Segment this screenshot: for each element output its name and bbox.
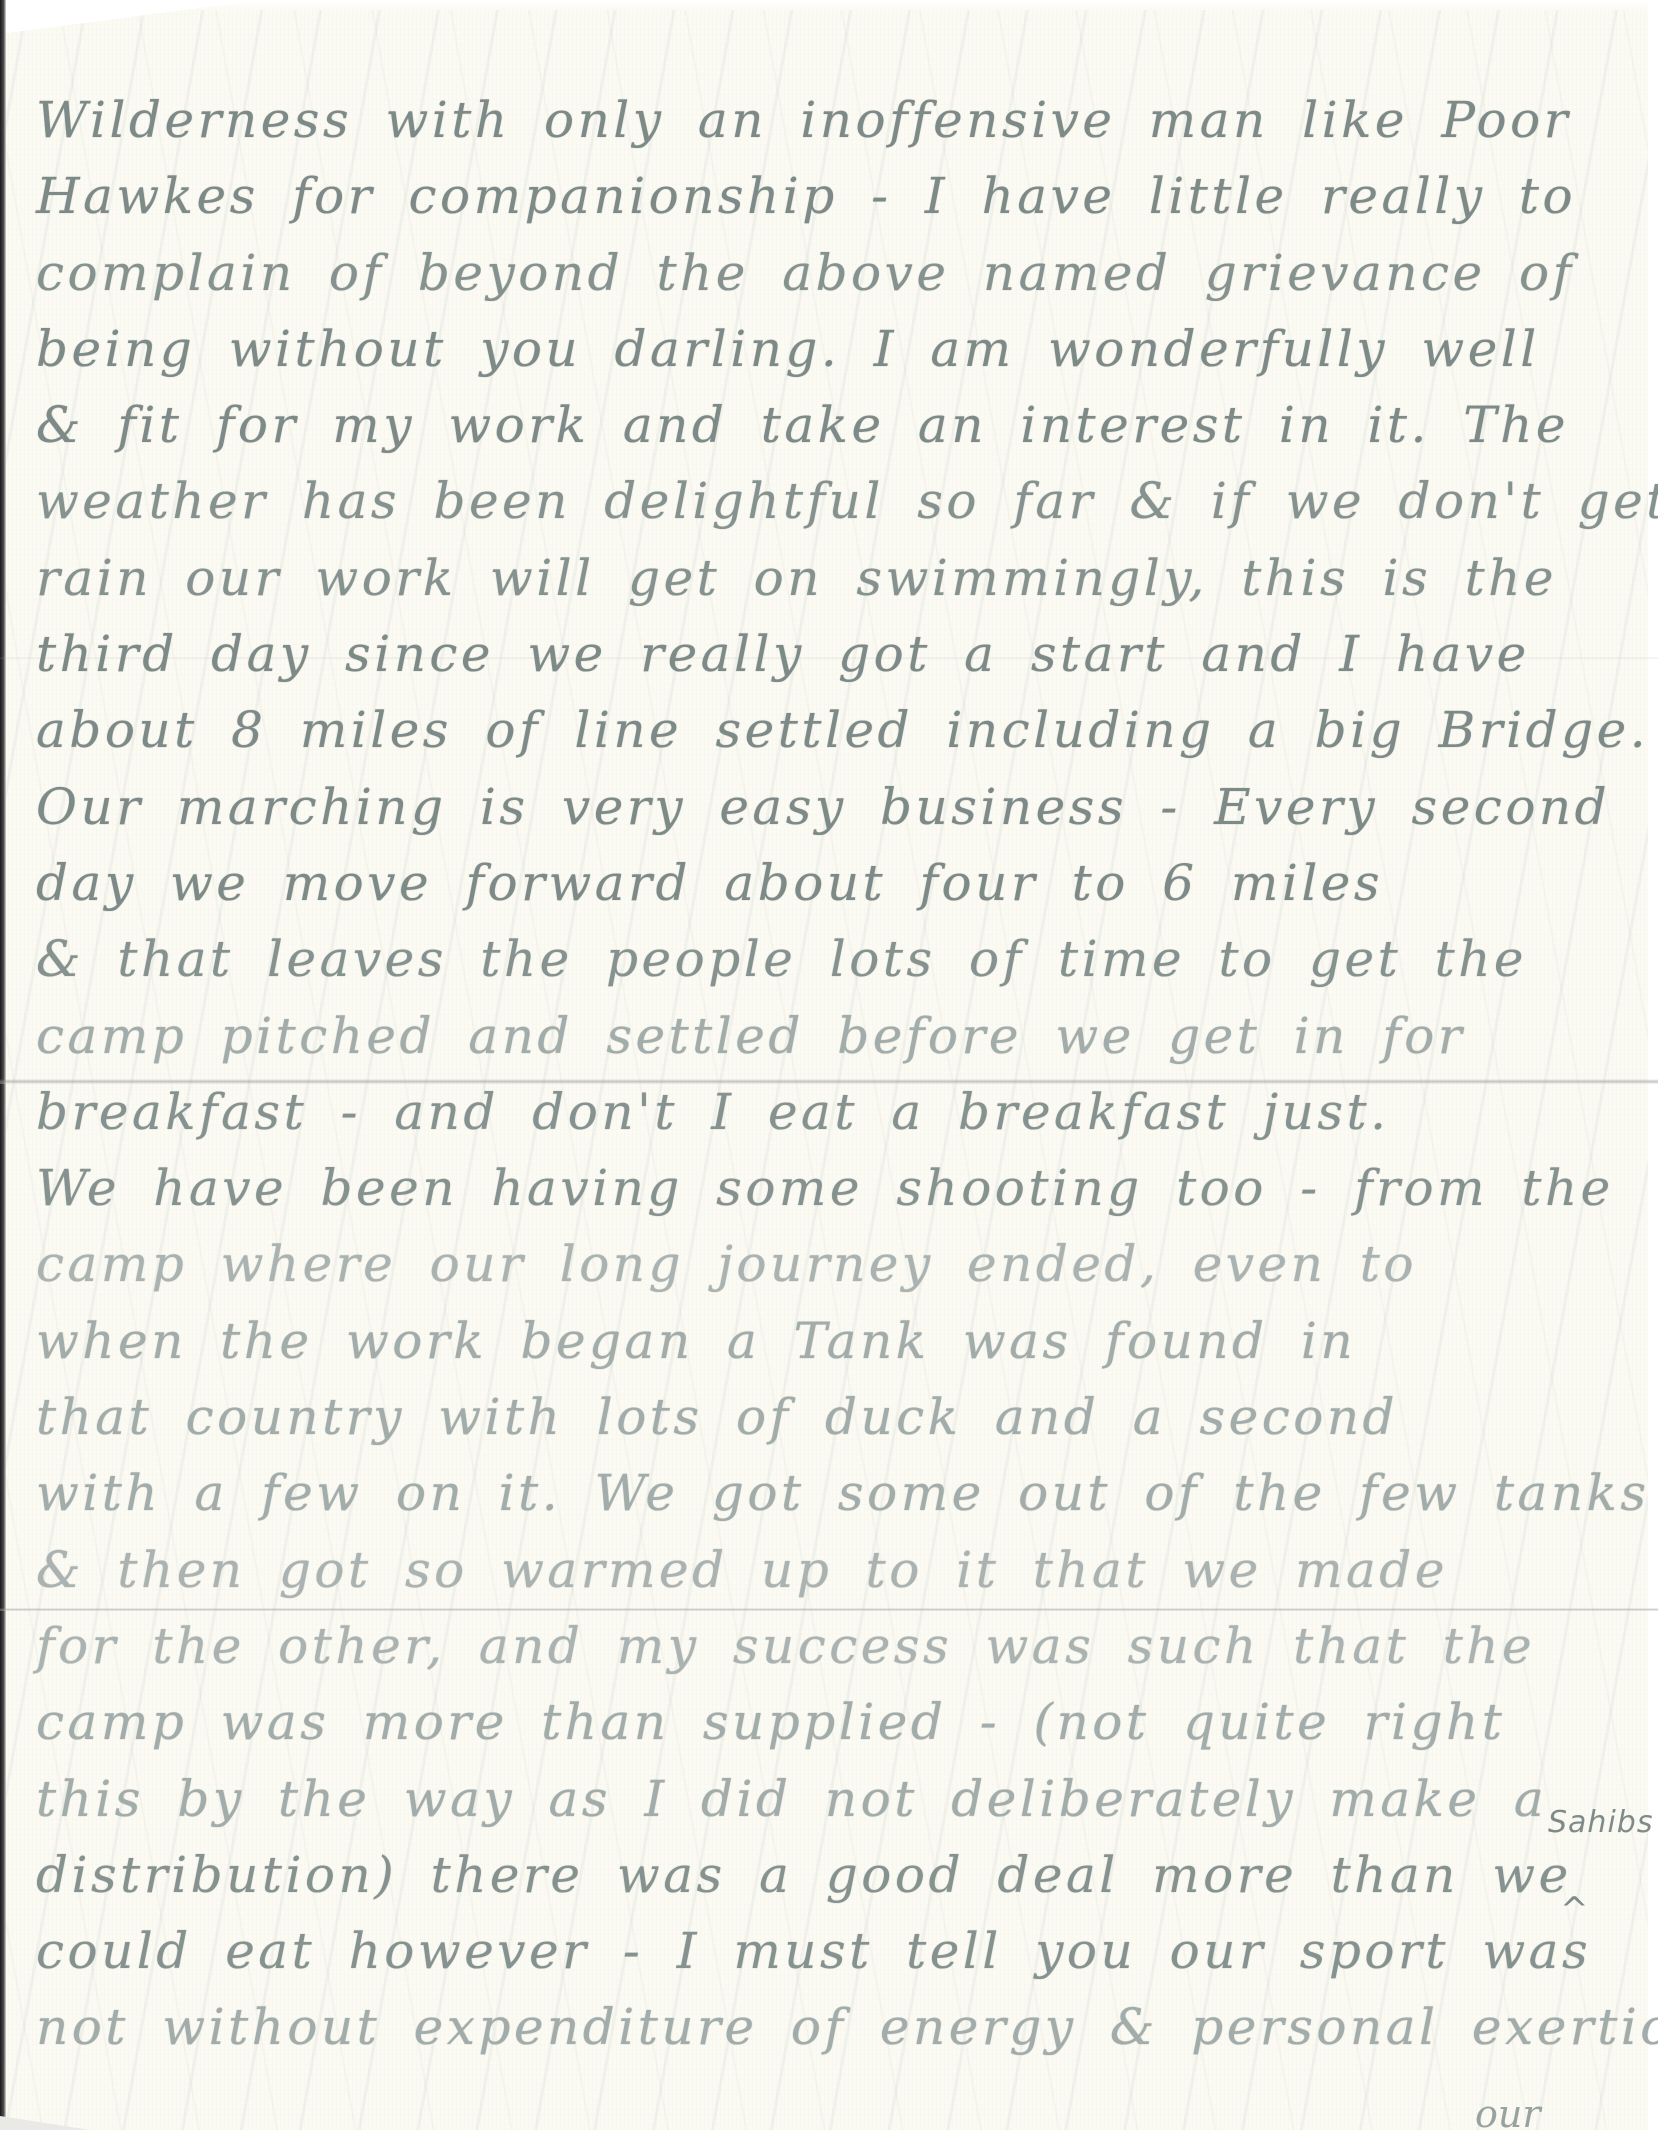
- letter-line: that country with lots of duck and a sec…: [36, 1379, 1626, 1455]
- letter-line: with a few on it. We got some out of the…: [36, 1455, 1626, 1531]
- letter-line: & then got so warmed up to it that we ma…: [36, 1532, 1626, 1608]
- letter-line: for the other, and my success was such t…: [36, 1608, 1626, 1684]
- insertion-caret-icon: ^: [1560, 1890, 1589, 1930]
- letter-line: We have been having some shooting too - …: [36, 1150, 1626, 1226]
- letter-line: Our marching is very easy business - Eve…: [36, 769, 1626, 845]
- letter-page: Wilderness with only an inoffensive man …: [0, 0, 1658, 2130]
- letter-line: weather has been delightful so far & if …: [36, 463, 1626, 539]
- letter-line: about 8 miles of line settled including …: [36, 692, 1626, 768]
- letter-line: breakfast - and don't I eat a breakfast …: [36, 1074, 1626, 1150]
- letter-line: & that leaves the people lots of time to…: [36, 921, 1626, 997]
- catchword: our: [1475, 2092, 1541, 2130]
- letter-line: camp was more than supplied - (not quite…: [36, 1684, 1626, 1760]
- letter-line: could eat however - I must tell you our …: [36, 1913, 1626, 1989]
- letter-line: when the work began a Tank was found in: [36, 1303, 1626, 1379]
- letter-line: distribution) there was a good deal more…: [36, 1837, 1626, 1913]
- letter-line: Wilderness with only an inoffensive man …: [36, 82, 1626, 158]
- letter-line: third day since we really got a start an…: [36, 616, 1626, 692]
- torn-top-left-corner: [0, 0, 260, 34]
- letter-line: being without you darling. I am wonderfu…: [36, 311, 1626, 387]
- letter-line: camp where our long journey ended, even …: [36, 1226, 1626, 1302]
- scan-edge-left: [0, 0, 6, 2130]
- letter-line: rain our work will get on swimmingly, th…: [36, 540, 1626, 616]
- letter-line: not without expenditure of energy & pers…: [36, 1989, 1626, 2065]
- inserted-word-annotation: Sahibs: [1548, 1805, 1653, 1840]
- letter-line: camp pitched and settled before we get i…: [36, 998, 1626, 1074]
- letter-body: Wilderness with only an inoffensive man …: [36, 82, 1626, 2066]
- bent-bottom-left-corner: [0, 2116, 90, 2130]
- letter-line: this by the way as I did not deliberatel…: [36, 1761, 1626, 1837]
- letter-line: day we move forward about four to 6 mile…: [36, 845, 1626, 921]
- letter-line: complain of beyond the above named griev…: [36, 235, 1626, 311]
- letter-line: Hawkes for companionship - I have little…: [36, 158, 1626, 234]
- letter-line: & fit for my work and take an interest i…: [36, 387, 1626, 463]
